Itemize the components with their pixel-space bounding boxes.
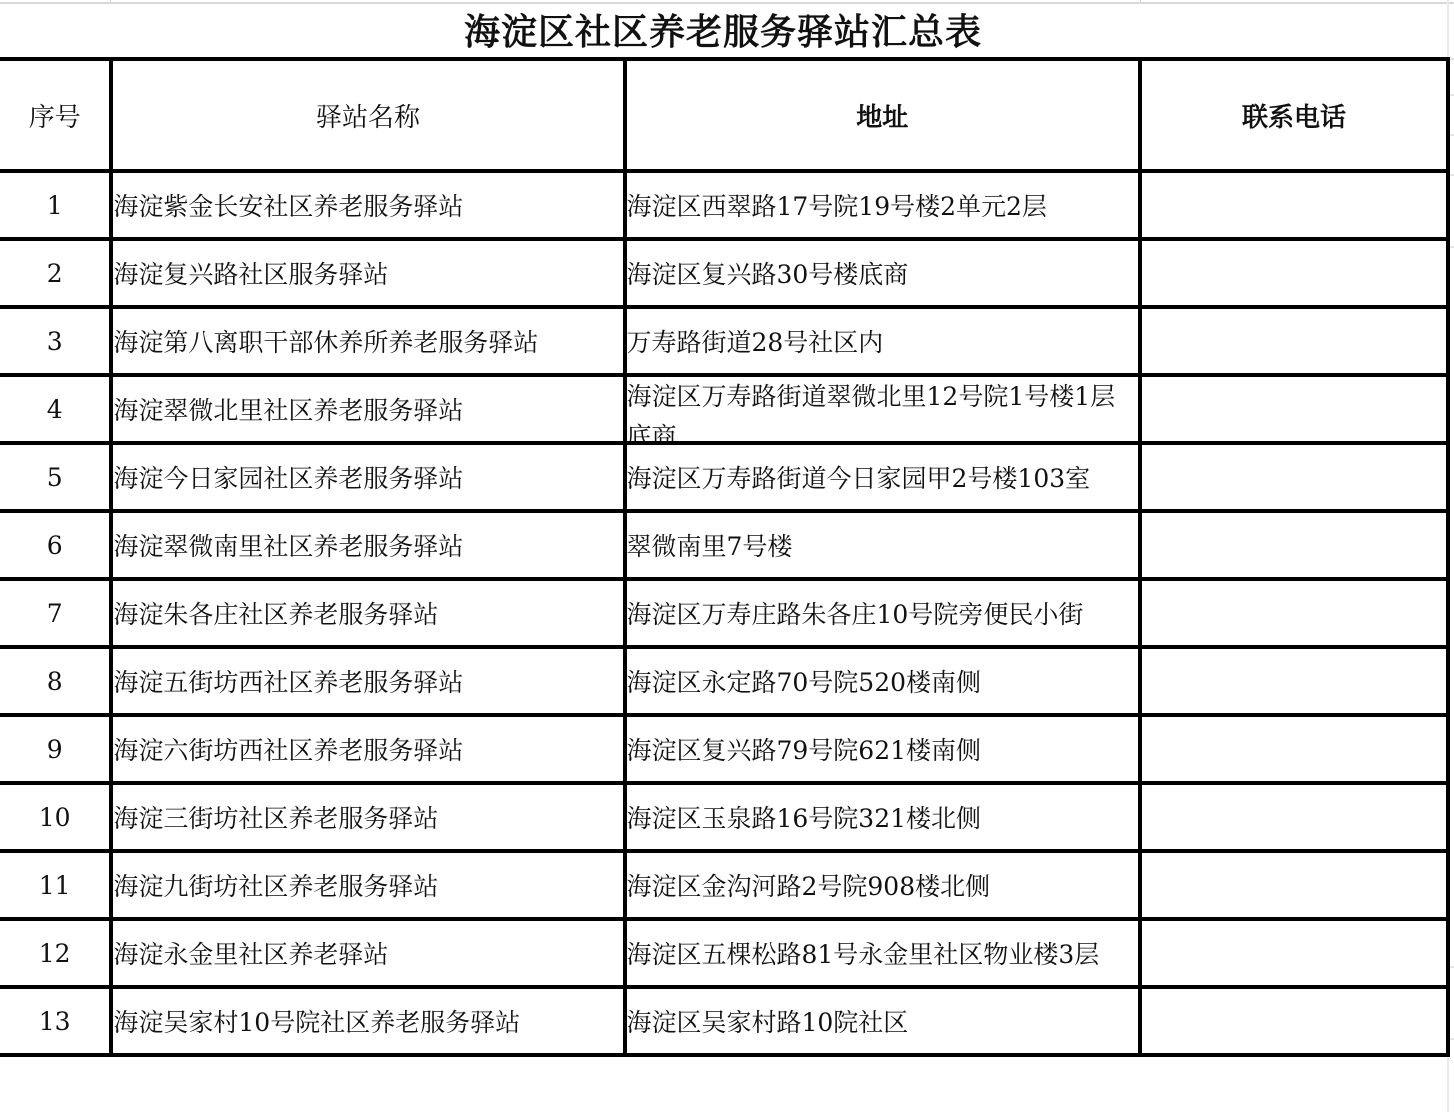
cell-address[interactable]: 海淀区万寿路街道翠微北里12号院1号楼1层底商: [625, 375, 1141, 443]
table-row: 4 海淀翠微北里社区养老服务驿站 海淀区万寿路街道翠微北里12号院1号楼1层底商: [0, 375, 1448, 443]
cell-index[interactable]: 10: [0, 783, 111, 851]
cell-index[interactable]: 3: [0, 307, 111, 375]
cell-index[interactable]: 6: [0, 511, 111, 579]
table-row: 6 海淀翠微南里社区养老服务驿站 翠微南里7号楼: [0, 511, 1448, 579]
cell-station-name[interactable]: 海淀第八离职干部休养所养老服务驿站: [111, 307, 624, 375]
cell-index[interactable]: 12: [0, 919, 111, 987]
cell-station-name[interactable]: 海淀今日家园社区养老服务驿站: [111, 443, 624, 511]
cell-index[interactable]: 11: [0, 851, 111, 919]
cell-phone[interactable]: [1140, 375, 1448, 443]
table-row: 3 海淀第八离职干部休养所养老服务驿站 万寿路街道28号社区内: [0, 307, 1448, 375]
cell-address[interactable]: 海淀区金沟河路2号院908楼北侧: [625, 851, 1141, 919]
cell-index[interactable]: 2: [0, 239, 111, 307]
cell-station-name[interactable]: 海淀吴家村10号院社区养老服务驿站: [111, 987, 624, 1055]
cell-phone[interactable]: [1140, 579, 1448, 647]
cell-phone[interactable]: [1140, 511, 1448, 579]
cell-address-text: 海淀区万寿路街道翠微北里12号院1号楼1层底商: [627, 377, 1139, 441]
cell-address[interactable]: 海淀区五棵松路81号永金里社区物业楼3层: [625, 919, 1141, 987]
cell-station-name[interactable]: 海淀永金里社区养老驿站: [111, 919, 624, 987]
table-row: 10 海淀三街坊社区养老服务驿站 海淀区玉泉路16号院321楼北侧: [0, 783, 1448, 851]
cell-phone[interactable]: [1140, 443, 1448, 511]
cell-phone[interactable]: [1140, 171, 1448, 239]
table-row: 5 海淀今日家园社区养老服务驿站 海淀区万寿路街道今日家园甲2号楼103室: [0, 443, 1448, 511]
cell-station-name[interactable]: 海淀翠微南里社区养老服务驿站: [111, 511, 624, 579]
cell-index[interactable]: 4: [0, 375, 111, 443]
cell-address[interactable]: 翠微南里7号楼: [625, 511, 1141, 579]
sheet-gridline: [110, 0, 111, 4]
cell-phone[interactable]: [1140, 851, 1448, 919]
table-row: 13 海淀吴家村10号院社区养老服务驿站 海淀区吴家村路10院社区: [0, 987, 1448, 1055]
cell-station-name[interactable]: 海淀紫金长安社区养老服务驿站: [111, 171, 624, 239]
cell-station-name[interactable]: 海淀九街坊社区养老服务驿站: [111, 851, 624, 919]
cell-address[interactable]: 海淀区吴家村路10院社区: [625, 987, 1141, 1055]
cell-phone[interactable]: [1140, 715, 1448, 783]
cell-address[interactable]: 海淀区永定路70号院520楼南侧: [625, 647, 1141, 715]
cell-address[interactable]: 海淀区西翠路17号院19号楼2单元2层: [625, 171, 1141, 239]
sheet-gridline: [1140, 0, 1141, 4]
sheet-gridline: [0, 2, 1454, 4]
cell-index[interactable]: 8: [0, 647, 111, 715]
cell-index[interactable]: 1: [0, 171, 111, 239]
cell-index[interactable]: 5: [0, 443, 111, 511]
cell-address[interactable]: 海淀区玉泉路16号院321楼北侧: [625, 783, 1141, 851]
table-row: 12 海淀永金里社区养老驿站 海淀区五棵松路81号永金里社区物业楼3层: [0, 919, 1448, 987]
table-row: 11 海淀九街坊社区养老服务驿站 海淀区金沟河路2号院908楼北侧: [0, 851, 1448, 919]
cell-address[interactable]: 海淀区万寿路街道今日家园甲2号楼103室: [625, 443, 1141, 511]
cell-station-name[interactable]: 海淀复兴路社区服务驿站: [111, 239, 624, 307]
cell-station-name[interactable]: 海淀三街坊社区养老服务驿站: [111, 783, 624, 851]
cell-index[interactable]: 7: [0, 579, 111, 647]
cell-station-name[interactable]: 海淀翠微北里社区养老服务驿站: [111, 375, 624, 443]
cell-station-name[interactable]: 海淀六街坊西社区养老服务驿站: [111, 715, 624, 783]
cell-address[interactable]: 海淀区复兴路30号楼底商: [625, 239, 1141, 307]
cell-station-name[interactable]: 海淀朱各庄社区养老服务驿站: [111, 579, 624, 647]
stations-table: 序号 驿站名称 地址 联系电话 1 海淀紫金长安社区养老服务驿站 海淀区西翠路1…: [0, 57, 1450, 1057]
cell-phone[interactable]: [1140, 987, 1448, 1055]
table-row: 2 海淀复兴路社区服务驿站 海淀区复兴路30号楼底商: [0, 239, 1448, 307]
cell-station-name[interactable]: 海淀五街坊西社区养老服务驿站: [111, 647, 624, 715]
column-header-phone[interactable]: 联系电话: [1140, 59, 1448, 171]
header-row: 序号 驿站名称 地址 联系电话: [0, 59, 1448, 171]
table-row: 1 海淀紫金长安社区养老服务驿站 海淀区西翠路17号院19号楼2单元2层: [0, 171, 1448, 239]
cell-phone[interactable]: [1140, 647, 1448, 715]
sheet-title: 海淀区社区养老服务驿站汇总表: [0, 6, 1446, 58]
table-row: 7 海淀朱各庄社区养老服务驿站 海淀区万寿庄路朱各庄10号院旁便民小街: [0, 579, 1448, 647]
cell-phone[interactable]: [1140, 783, 1448, 851]
table-row: 9 海淀六街坊西社区养老服务驿站 海淀区复兴路79号院621楼南侧: [0, 715, 1448, 783]
column-header-address[interactable]: 地址: [625, 59, 1141, 171]
cell-phone[interactable]: [1140, 239, 1448, 307]
cell-index[interactable]: 13: [0, 987, 111, 1055]
table-row: 8 海淀五街坊西社区养老服务驿站 海淀区永定路70号院520楼南侧: [0, 647, 1448, 715]
column-header-index[interactable]: 序号: [0, 59, 111, 171]
cell-address[interactable]: 海淀区万寿庄路朱各庄10号院旁便民小街: [625, 579, 1141, 647]
cell-address[interactable]: 海淀区复兴路79号院621楼南侧: [625, 715, 1141, 783]
cell-index[interactable]: 9: [0, 715, 111, 783]
cell-phone[interactable]: [1140, 919, 1448, 987]
column-header-name[interactable]: 驿站名称: [111, 59, 624, 171]
cell-address[interactable]: 万寿路街道28号社区内: [625, 307, 1141, 375]
cell-phone[interactable]: [1140, 307, 1448, 375]
